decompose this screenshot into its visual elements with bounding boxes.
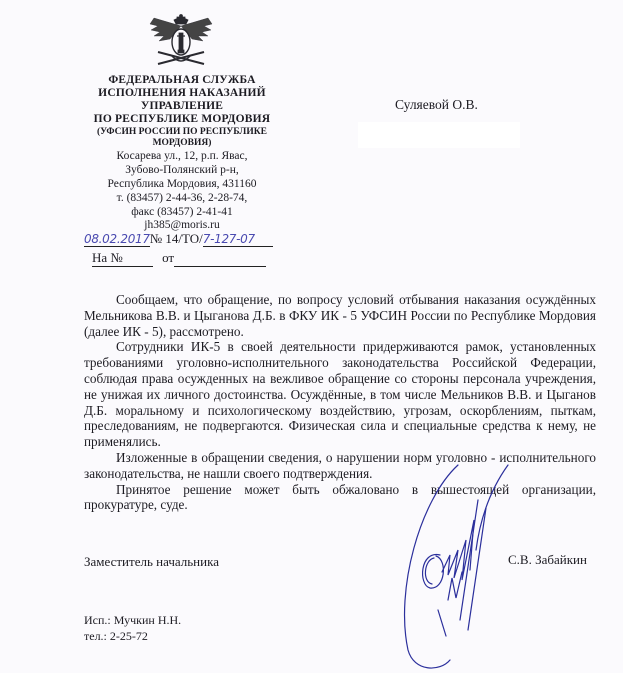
letter-body: Сообщаем, что обращение, по вопросу усло… [84, 292, 596, 513]
handwritten-date: 08.02.2017 [84, 232, 150, 247]
signatory-title: Заместитель начальника [84, 554, 219, 570]
org-name-line1: ФЕДЕРАЛЬНАЯ СЛУЖБА [62, 74, 302, 87]
signatory-name: С.В. Забайкин [508, 552, 587, 568]
registration-number-prefix: № 14/ТО/ [150, 231, 203, 246]
org-name-line2: ИСПОЛНЕНИЯ НАКАЗАНИЙ [62, 87, 302, 100]
reply-to-label: На № [92, 250, 123, 267]
address-line2: Зубово-Полянский р-н, [62, 163, 302, 178]
org-name-line3: УПРАВЛЕНИЕ [62, 100, 302, 113]
phone-line: т. (83457) 2-44-36, 2-28-74, [62, 191, 302, 206]
handwritten-signature-icon [390, 460, 510, 673]
reply-number-blank [123, 250, 153, 267]
outgoing-registration: 08.02.2017№ 14/ТО/7-127-07 [84, 231, 273, 247]
paragraph-3: Изложенные в обращении сведения, о наруш… [84, 450, 596, 482]
executor-name: Исп.: Мучкин Н.Н. [84, 612, 181, 628]
reply-reference: На № от [92, 250, 266, 267]
handwritten-number: 7-127-07 [203, 232, 273, 247]
address-line1: Косарева ул., 12, р.п. Явас, [62, 149, 302, 164]
executor-info: Исп.: Мучкин Н.Н. тел.: 2-25-72 [84, 612, 181, 644]
paragraph-2: Сотрудники ИК-5 в своей деятельности при… [84, 339, 596, 450]
recipient-name: Суляевой О.В. [395, 97, 478, 113]
redacted-address [358, 122, 520, 148]
eagle-emblem-icon [148, 14, 214, 72]
from-label: от [162, 250, 174, 265]
paragraph-4: Принятое решение может быть обжаловано в… [84, 482, 596, 514]
paragraph-1: Сообщаем, что обращение, по вопросу усло… [84, 292, 596, 339]
executor-phone: тел.: 2-25-72 [84, 628, 181, 644]
org-abbr-line1: (УФСИН РОССИИ ПО РЕСПУБЛИКЕ [62, 127, 302, 138]
org-abbr-line2: МОРДОВИЯ) [62, 138, 302, 149]
reply-date-blank [174, 250, 266, 267]
address-line3: Республика Мордовия, 431160 [62, 177, 302, 192]
org-name-line4: ПО РЕСПУБЛИКЕ МОРДОВИЯ [62, 113, 302, 126]
